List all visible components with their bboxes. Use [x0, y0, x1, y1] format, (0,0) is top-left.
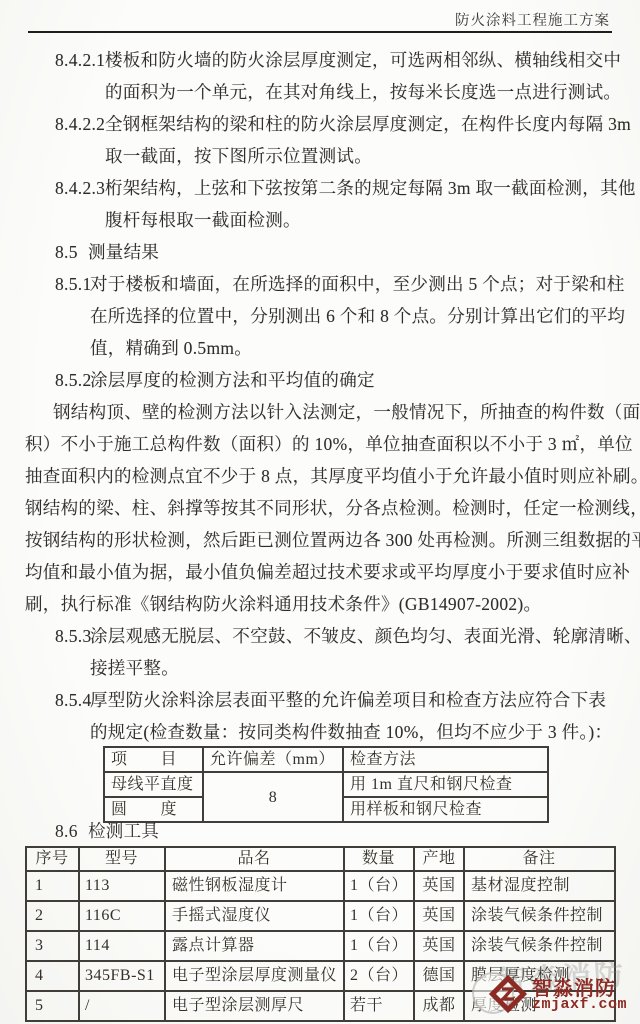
text-line: 接搓平整。 — [0, 652, 640, 684]
table-row: 母线平直度 8 用 1m 直尺和钢尺检查 — [104, 772, 548, 797]
column-header: 型号 — [79, 847, 165, 871]
text-line: 的规定(检查数量：按同类构件数抽查 10%，但均不应少于 3 件。)： — [0, 716, 640, 748]
table-cell: 磁性钢板湿度计 — [165, 871, 344, 901]
table-cell: 电子型涂层测厚尺 — [165, 991, 344, 1021]
section-number: 8.5.1 — [55, 268, 90, 300]
table-row: 项 目 允许偏差（mm） 检查方法 — [104, 747, 548, 772]
table-cell: 用样板和钢尺检查 — [343, 797, 548, 822]
table-cell: 母线平直度 — [104, 772, 203, 797]
table-row: 2116C手摇式湿度仪1（台）英国涂装气候条件控制 — [26, 901, 615, 931]
table-cell: 345FB-S1 — [79, 961, 165, 991]
section-number: 8.4.2.3 — [55, 172, 105, 204]
table-cell: 113 — [79, 871, 165, 901]
text-line: 钢结构顶、壁的检测方法以针入法测定，一般情况下，所抽查的构件数（面 — [0, 396, 640, 428]
column-header: 备注 — [464, 847, 615, 871]
scanned-document-page: 防火涂料工程施工方案 8.4.2.1楼板和防火墙的防火涂层厚度测定，可选两相邻纵… — [0, 0, 640, 1024]
text-line: 8.5测量结果 — [0, 236, 640, 268]
column-header: 序号 — [26, 847, 79, 871]
table-cell: 用 1m 直尺和钢尺检查 — [343, 772, 548, 797]
text-line: 8.4.2.3桁架结构，上弦和下弦按第二条的规定每隔 3m 取一截面检测，其他 — [0, 172, 640, 204]
table-cell: 电子型涂层厚度测量仪 — [165, 961, 344, 991]
text-line: 钢结构的梁、柱、斜撑等按其不同形状，分各点检测。检测时，任定一检测线， — [0, 492, 640, 524]
table-cell: 成都 — [414, 991, 464, 1021]
table-cell: 德国 — [414, 961, 464, 991]
text-line: 8.4.2.2全钢框架结构的梁和柱的防火涂层厚度测定，在构件长度内每隔 3m — [0, 108, 640, 140]
watermark: 智淼消防 智淼消防 zmjaxf.com — [460, 950, 640, 1024]
section-title: 检测工具 — [88, 821, 159, 841]
table-cell: 5 — [26, 991, 79, 1021]
table-cell-merged: 8 — [203, 772, 343, 822]
text-line: 8.4.2.1楼板和防火墙的防火涂层厚度测定，可选两相邻纵、横轴线相交中 — [0, 44, 640, 76]
text-line: 的面积为一个单元，在其对角线上，按每米长度选一点进行测试。 — [0, 76, 640, 108]
table-cell: 3 — [26, 931, 79, 961]
section-number: 8.5.3 — [55, 620, 90, 652]
watermark-url: zmjaxf.com — [532, 996, 627, 1013]
text-line: 均值和最小值为据，最小值负偏差超过技术要求或平均厚度小于要求值时应补 — [0, 556, 640, 588]
table-cell: 1（台） — [344, 931, 414, 961]
text-line: 8.5.1对于楼板和墙面，在所选择的面积中，至少测出 5 个点；对于梁和柱 — [0, 268, 640, 300]
table-cell: 若干 — [344, 991, 414, 1021]
table-cell: 英国 — [414, 901, 464, 931]
document-body: 8.4.2.1楼板和防火墙的防火涂层厚度测定，可选两相邻纵、横轴线相交中的面积为… — [0, 44, 640, 748]
text-line: 刷，执行标准《钢结构防火涂料通用技术条件》(GB14907-2002)。 — [0, 588, 640, 620]
table-cell: 1（台） — [344, 871, 414, 901]
column-header: 品名 — [165, 847, 344, 871]
column-header: 产地 — [414, 847, 464, 871]
text-line: 在所选择的位置中，分别测出 6 个和 8 个点。分别计算出它们的平均 — [0, 300, 640, 332]
section-number: 8.5.2 — [55, 364, 90, 396]
table-cell: 英国 — [414, 871, 464, 901]
page-header-title: 防火涂料工程施工方案 — [455, 9, 610, 30]
section-number: 8.4.2.2 — [55, 108, 105, 140]
section-number: 8.5.4 — [55, 684, 90, 716]
column-header: 允许偏差（mm） — [203, 747, 343, 772]
column-header: 数量 — [344, 847, 414, 871]
text-line: 值，精确到 0.5mm。 — [0, 332, 640, 364]
text-line: 按钢结构的形状检测，然后距已测位置两边各 300 处再检测。所测三组数据的平 — [0, 524, 640, 556]
watermark-logo-icon — [488, 974, 528, 1014]
table-cell: 2（台） — [344, 961, 414, 991]
deviation-table: 项 目 允许偏差（mm） 检查方法 母线平直度 8 用 1m 直尺和钢尺检查 圆… — [103, 746, 549, 823]
table-cell: 手摇式湿度仪 — [165, 901, 344, 931]
table-cell: 1（台） — [344, 901, 414, 931]
table-header-row: 序号型号品名数量产地备注 — [26, 847, 615, 871]
table-cell: 基材湿度控制 — [464, 871, 615, 901]
table-cell: 涂装气候条件控制 — [464, 901, 615, 931]
text-line: 8.5.4厚型防火涂料涂层表面平整的允许偏差项目和检查方法应符合下表 — [0, 684, 640, 716]
table-cell: 1 — [26, 871, 79, 901]
section-number: 8.6 — [55, 818, 88, 844]
column-header: 项 目 — [104, 747, 203, 772]
table-cell: 露点计算器 — [165, 931, 344, 961]
table-cell: 4 — [26, 961, 79, 991]
text-line: 积）不小于施工总构件数（面积）的 10%，单位抽查面积以不小于 3 ㎡，单位 — [0, 428, 640, 460]
text-line: 8.5.2涂层厚度的检测方法和平均值的确定 — [0, 364, 640, 396]
column-header: 检查方法 — [343, 747, 548, 772]
text-line: 取一截面，按下图所示位置测试。 — [0, 140, 640, 172]
table-cell: 英国 — [414, 931, 464, 961]
section-number: 8.4.2.1 — [55, 44, 105, 76]
table-cell: 116C — [79, 901, 165, 931]
table-row: 1113磁性钢板湿度计1（台）英国基材湿度控制 — [26, 871, 615, 901]
header-rule — [28, 31, 612, 33]
table-cell: / — [79, 991, 165, 1021]
table-cell: 114 — [79, 931, 165, 961]
text-line: 腹杆每根取一截面检测。 — [0, 204, 640, 236]
text-line: 抽查面积内的检测点宜不少于 8 点，其厚度平均值小于允许最小值时则应补刷。 — [0, 460, 640, 492]
section-86-heading: 8.6检测工具 — [55, 818, 159, 844]
text-line: 8.5.3涂层观感无脱层、不空鼓、不皱皮、颜色均匀、表面光滑、轮廓清晰、 — [0, 620, 640, 652]
table-cell: 2 — [26, 901, 79, 931]
section-number: 8.5 — [55, 236, 88, 268]
